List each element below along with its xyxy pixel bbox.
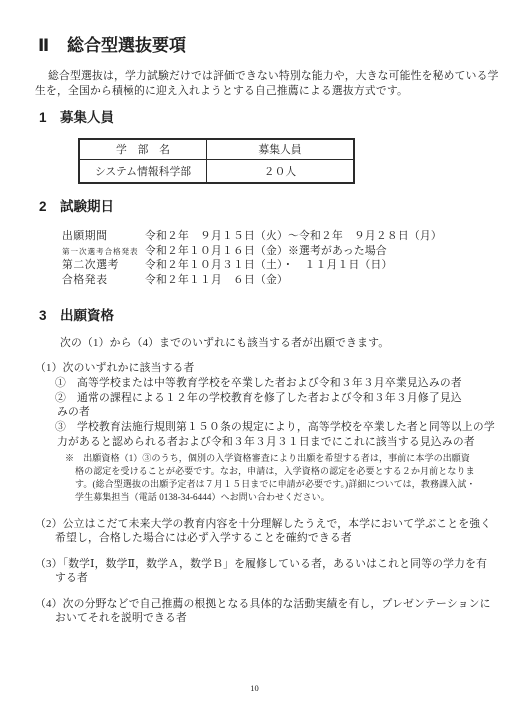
section2-heading-text: 試験期日 bbox=[60, 199, 114, 214]
schedule-row: 第一次選考合格発表 令和２年１０月１６日（金）※選考があった場合 bbox=[0, 244, 509, 259]
eligibility-item-3: （3）「数学Ⅰ，数学Ⅱ，数学Ａ，数学Ｂ」を履修している者，あるいはこれと同等の学… bbox=[35, 557, 487, 572]
schedule-row: 合格発表 令和２年１１月 ６日（金） bbox=[0, 273, 509, 288]
schedule-value: 令和２年 ９月１５日（火）～令和２年 ９月２８日（月） bbox=[145, 229, 442, 244]
eligibility-item-4: （4）次の分野などで自己推薦の根拠となる具体的な活動実績を有し，プレゼンテーショ… bbox=[35, 597, 491, 612]
section1-heading-text: 募集人員 bbox=[60, 110, 114, 125]
page-number: 10 bbox=[0, 683, 509, 693]
eligibility-item-2-cont: 希望し，合格した場合には必ず入学することを確約できる者 bbox=[55, 531, 352, 546]
schedule-value: 令和２年１０月１６日（金）※選考があった場合 bbox=[145, 244, 387, 259]
note-line-4: 学生募集担当（電話 0138-34-6444）へお問い合わせください。 bbox=[75, 491, 330, 504]
section3-heading-text: 出願資格 bbox=[60, 308, 114, 323]
schedule-label: 第一次選考合格発表 bbox=[62, 244, 138, 260]
section1-heading: 1募集人員 bbox=[39, 110, 114, 126]
eligibility-lead: 次の（1）から（4）までのいずれにも該当する者が出願できます。 bbox=[60, 336, 389, 351]
table-header-row: 学 部 名 募集人員 bbox=[79, 139, 354, 160]
table-header-faculty: 学 部 名 bbox=[79, 139, 207, 160]
title-numeral: Ⅱ bbox=[38, 36, 67, 56]
intro-line-2: 生を，全国から積極的に迎え入れようとする自己推薦による選抜方式です。 bbox=[35, 84, 408, 99]
table-cell-faculty: システム情報科学部 bbox=[79, 160, 207, 184]
eligibility-item-3-cont: する者 bbox=[55, 571, 88, 586]
schedule-value: 令和２年１１月 ６日（金） bbox=[145, 273, 288, 288]
eligibility-subitem-3: ③ 学校教育法施行規則第１５０条の規定により，高等学校を卒業した者と同等以上の学 bbox=[55, 420, 495, 435]
section3-number: 3 bbox=[39, 308, 60, 324]
eligibility-subitem-3-cont: 力があると認められる者および令和３年３月３１日までにこれに該当する見込みの者 bbox=[57, 435, 475, 450]
eligibility-item-2: （2）公立はこだて未来大学の教育内容を十分理解したうえで，本学において学ぶことを… bbox=[35, 517, 491, 532]
eligibility-subitem-2: ② 通常の課程による１２年の学校教育を修了した者および令和３年３月修了見込 bbox=[55, 391, 462, 406]
section2-heading: 2試験期日 bbox=[39, 199, 114, 215]
document-page: Ⅱ総合型選抜要項 総合型選抜は，学力試験だけでは評価できない特別な能力や，大きな… bbox=[0, 0, 509, 720]
schedule-label: 第二次選考 bbox=[62, 258, 119, 273]
note-line-3: す。(総合型選抜の出願予定者は７月１５日までに申請が必要です。)詳細については，… bbox=[75, 478, 475, 491]
table-header-capacity: 募集人員 bbox=[207, 139, 355, 160]
section1-number: 1 bbox=[39, 110, 60, 126]
title-text: 総合型選抜要項 bbox=[67, 36, 186, 55]
recruitment-table: 学 部 名 募集人員 システム情報科学部 ２０人 bbox=[78, 138, 355, 184]
schedule-row: 第二次選考 令和２年１０月３１日（土）・ １１月１日（日） bbox=[0, 258, 509, 273]
schedule-value: 令和２年１０月３１日（土）・ １１月１日（日） bbox=[145, 258, 393, 273]
eligibility-subitem-1: ① 高等学校または中等教育学校を卒業した者および令和３年３月卒業見込みの者 bbox=[55, 376, 462, 391]
schedule-row: 出願期間 令和２年 ９月１５日（火）～令和２年 ９月２８日（月） bbox=[0, 229, 509, 244]
note-line-1: ※ 出願資格（1）③のうち，個別の入学資格審査により出願を希望する者は，事前に本… bbox=[65, 452, 470, 465]
note-line-2: 格の認定を受けることが必要です。なお，申請は，入学資格の認定を必要とする２か月前… bbox=[75, 465, 475, 478]
schedule-label: 合格発表 bbox=[62, 273, 108, 288]
eligibility-item-1: （1）次のいずれかに該当する者 bbox=[35, 361, 195, 376]
table-cell-capacity: ２０人 bbox=[207, 160, 355, 184]
page-title: Ⅱ総合型選抜要項 bbox=[38, 36, 186, 56]
schedule-label: 出願期間 bbox=[62, 229, 108, 244]
eligibility-item-4-cont: おいてそれを説明できる者 bbox=[55, 611, 187, 626]
section3-heading: 3出願資格 bbox=[39, 308, 114, 324]
table-row: システム情報科学部 ２０人 bbox=[79, 160, 354, 184]
eligibility-subitem-2-cont: みの者 bbox=[57, 405, 90, 420]
intro-line-1: 総合型選抜は，学力試験だけでは評価できない特別な能力や，大きな可能性を秘めている… bbox=[48, 69, 499, 84]
section2-number: 2 bbox=[39, 199, 60, 215]
